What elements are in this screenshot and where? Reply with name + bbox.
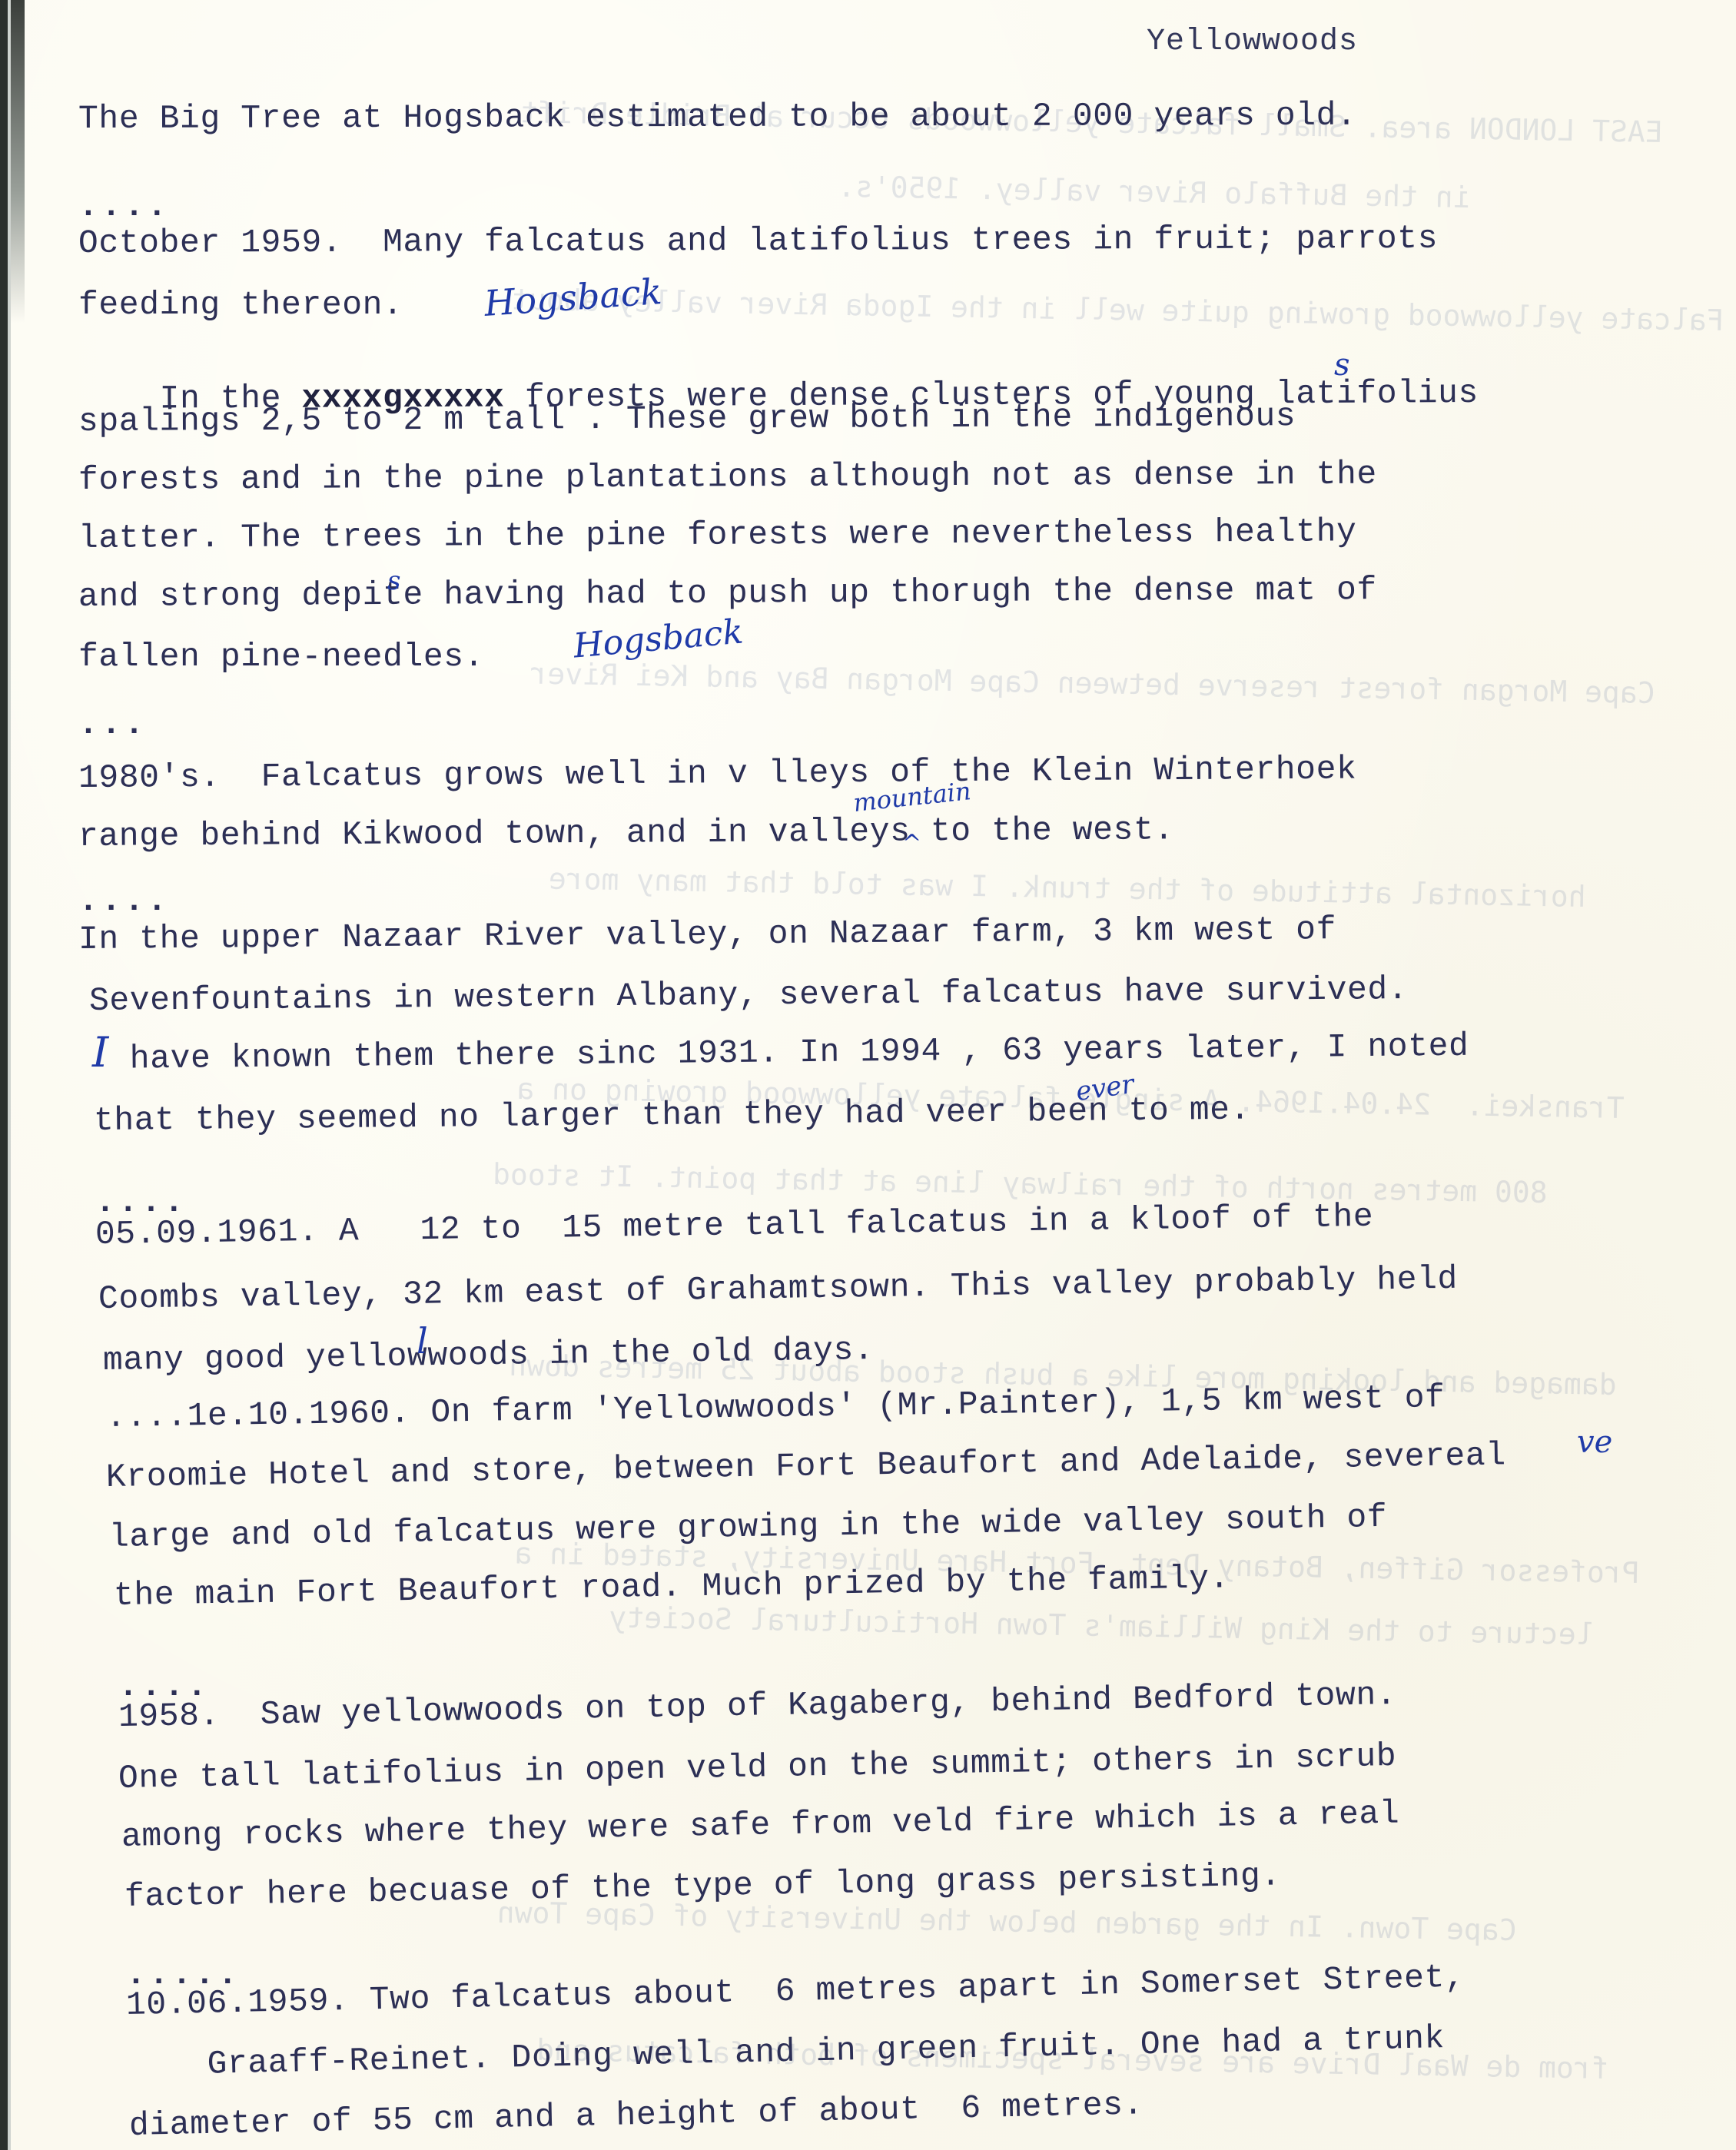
bleed-through-text: lecture to the King William's Town Horti… (609, 1601, 1594, 1651)
bleed-through-text: horizontal attitude of the trunk. I was … (549, 861, 1586, 914)
entry-separator: .... (78, 187, 170, 225)
document-title: Yellowwoods (1147, 25, 1358, 59)
handwritten-annotation: Hogsback (572, 612, 745, 665)
handwritten-annotation: l (417, 1320, 428, 1362)
bleed-through-text: 800 metres north of the railway line at … (493, 1157, 1548, 1209)
bleed-through-text: Falcate yellowwood growing quite well in… (511, 282, 1724, 337)
typed-line: feeding thereon. (78, 286, 403, 323)
typed-line: 1980's. Falcatus grows well in v lleys o… (78, 750, 1357, 797)
typed-line: range behind Kikwood town, and in valley… (78, 811, 1174, 855)
typed-line: 05.09.1961. A 12 to 15 metre tall falcat… (95, 1198, 1374, 1253)
typed-line: Coombs valley, 32 km east of Grahamtsown… (98, 1260, 1459, 1318)
typed-line: the main Fort Beaufort road. Much prized… (114, 1559, 1230, 1614)
typed-line: 10.06.1959. Two falcatus about 6 metres … (125, 1959, 1465, 2024)
typed-line: spalings 2,5 to 2 m tall . These grew bo… (78, 397, 1296, 440)
typed-line: October 1959. Many falcatus and latifoli… (78, 220, 1438, 262)
typed-line: One tall latifolius in open veld on the … (118, 1737, 1397, 1797)
document-page: EAST LONDON area. Small falcate yellowwo… (11, 0, 1736, 2150)
page-shadow-edge (11, 0, 25, 323)
typed-line: latter. The trees in the pine forests we… (78, 513, 1357, 557)
typed-line: The Big Tree at Hogsback estimated to be… (78, 97, 1357, 138)
typed-line: many good yellowwoods in the old days. (103, 1331, 875, 1379)
typed-line: among rocks where they were safe from ve… (121, 1795, 1400, 1856)
typed-line: forests and in the pine plantations alth… (78, 456, 1377, 499)
typed-line: 1958. Saw yellowwoods on top of Kagaberg… (118, 1676, 1397, 1736)
typed-line: fallen pine-needles. (78, 638, 484, 675)
typed-line: factor here becuase of the type of long … (124, 1856, 1282, 1916)
typed-line: and strong depite having had to push up … (78, 571, 1377, 615)
typed-line: have known them there sinc 1931. In 1994… (89, 1027, 1469, 1078)
handwritten-annotation: Hogsback (483, 270, 663, 324)
entry-separator: .... (78, 882, 170, 920)
bleed-through-text: Cape Morgan forest reserve between Cape … (529, 656, 1655, 710)
typed-line: In the upper Nazaar River valley, on Naz… (78, 911, 1336, 958)
bleed-through-text: in the Buffalo River valley. 1950's. (838, 170, 1471, 214)
typed-line: ....1e.10.1960. On farm 'Yellowwoods' (M… (106, 1379, 1446, 1436)
entry-separator: ... (78, 705, 147, 743)
typed-line: Sevenfountains in western Albany, severa… (89, 970, 1409, 1020)
handwritten-annotation: s (387, 566, 400, 596)
typed-line: diameter of 55 cm and a height of about … (128, 2085, 1144, 2145)
typed-line: Graaff-Reinet. Doing well and in green f… (125, 2019, 1445, 2085)
handwritten-annotation: s (1334, 347, 1350, 383)
caret-mark: ^ (902, 830, 921, 857)
handwritten-annotation: I (92, 1028, 108, 1077)
typed-line: large and old falcatus were growing in t… (109, 1498, 1388, 1556)
typed-line: Kroomie Hotel and store, between Fort Be… (106, 1436, 1506, 1496)
handwritten-annotation: ve (1577, 1425, 1612, 1460)
